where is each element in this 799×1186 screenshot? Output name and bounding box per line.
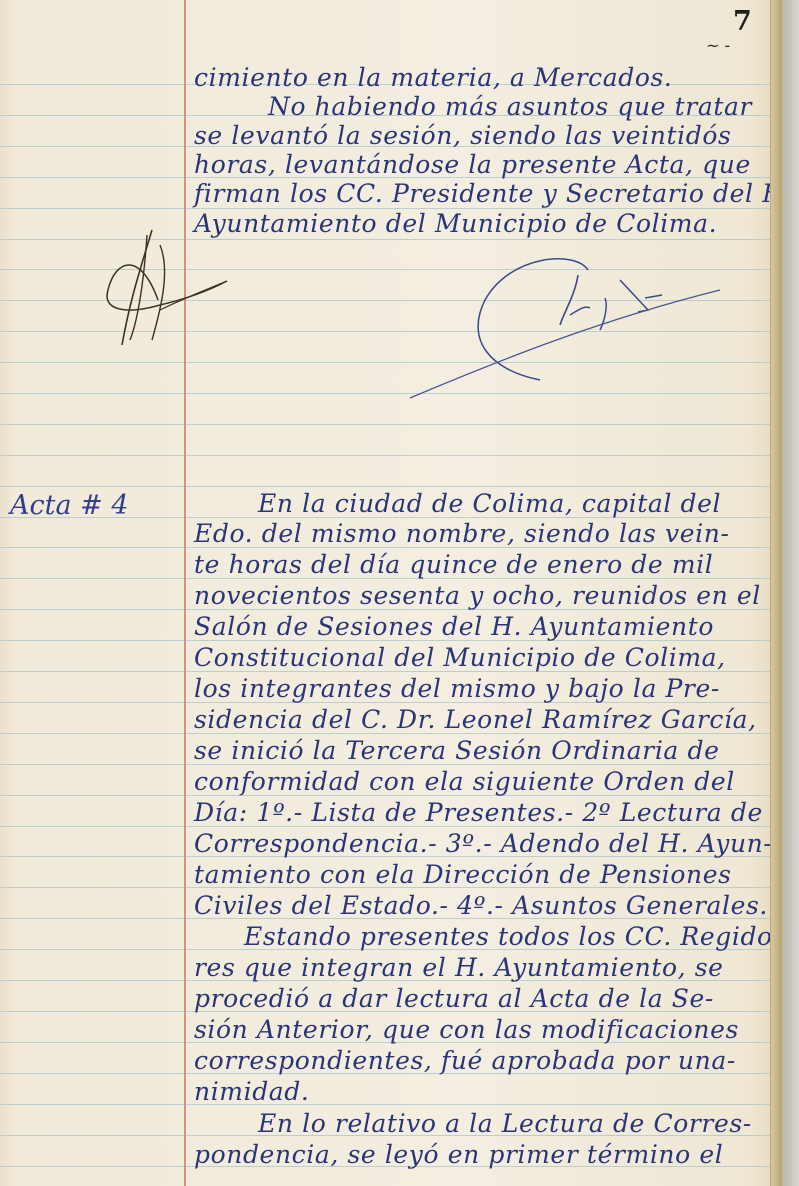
rule-line	[0, 1104, 775, 1105]
text-line: En lo relativo a la Lectura de Corres-	[258, 1110, 752, 1138]
text-line: res que integran el H. Ayuntamiento, se	[194, 954, 724, 982]
rule-line	[0, 424, 775, 425]
rule-line	[0, 486, 775, 487]
text-line: Correspondencia.- 3º.- Adendo del H. Ayu…	[194, 830, 772, 858]
text-line: Estando presentes todos los CC. Regido-	[244, 923, 782, 951]
page-number: 7	[733, 6, 752, 37]
text-line: conformidad con ela siguiente Orden del	[194, 768, 735, 796]
text-line: En la ciudad de Colima, capital del	[258, 490, 721, 518]
text-line: No habiendo más asuntos que tratar	[268, 93, 752, 121]
text-line: tamiento con ela Dirección de Pensiones	[194, 861, 732, 889]
text-line: firman los CC. Presidente y Secretario d…	[194, 180, 782, 208]
text-line: novecientos sesenta y ocho, reunidos en …	[194, 582, 761, 610]
text-line: cimiento en la materia, a Mercados.	[194, 64, 672, 92]
text-line: se levantó la sesión, siendo las veintid…	[194, 122, 731, 150]
left-signature	[100, 230, 280, 360]
text-line: sidencia del C. Dr. Leonel Ramírez Garcí…	[194, 706, 757, 734]
red-margin-line	[184, 0, 186, 1186]
text-line: Día: 1º.- Lista de Presentes.- 2º Lectur…	[194, 799, 763, 827]
text-line: se inició la Tercera Sesión Ordinaria de	[194, 737, 719, 765]
rule-line	[0, 455, 775, 456]
acta-number-label: Acta # 4	[10, 490, 129, 521]
book-backing	[784, 0, 799, 1186]
page-edge	[770, 0, 785, 1186]
text-line: te horas del día quince de enero de mil	[194, 551, 713, 579]
corner-mark: ~ -	[706, 36, 730, 55]
text-line: correspondientes, fué aprobada por una-	[194, 1047, 736, 1075]
text-line: Salón de Sesiones del H. Ayuntamiento	[194, 613, 714, 641]
text-line: nimidad.	[194, 1078, 309, 1106]
text-line: Constitucional del Municipio de Colima,	[194, 644, 726, 672]
right-signature	[400, 250, 740, 410]
text-line: procedió a dar lectura al Acta de la Se-	[194, 985, 714, 1013]
text-line: sión Anterior, que con las modificacione…	[194, 1016, 739, 1044]
ledger-page: 7 ~ - cimiento en la materia, a Mercados…	[0, 0, 782, 1186]
text-line: Civiles del Estado.- 4º.- Asuntos Genera…	[194, 892, 768, 920]
text-line: los integrantes del mismo y bajo la Pre-	[194, 675, 720, 703]
text-line: pondencia, se leyó en primer término el	[194, 1141, 723, 1169]
text-line: Edo. del mismo nombre, siendo las vein-	[194, 520, 730, 548]
text-line: horas, levantándose la presente Acta, qu…	[194, 151, 751, 179]
